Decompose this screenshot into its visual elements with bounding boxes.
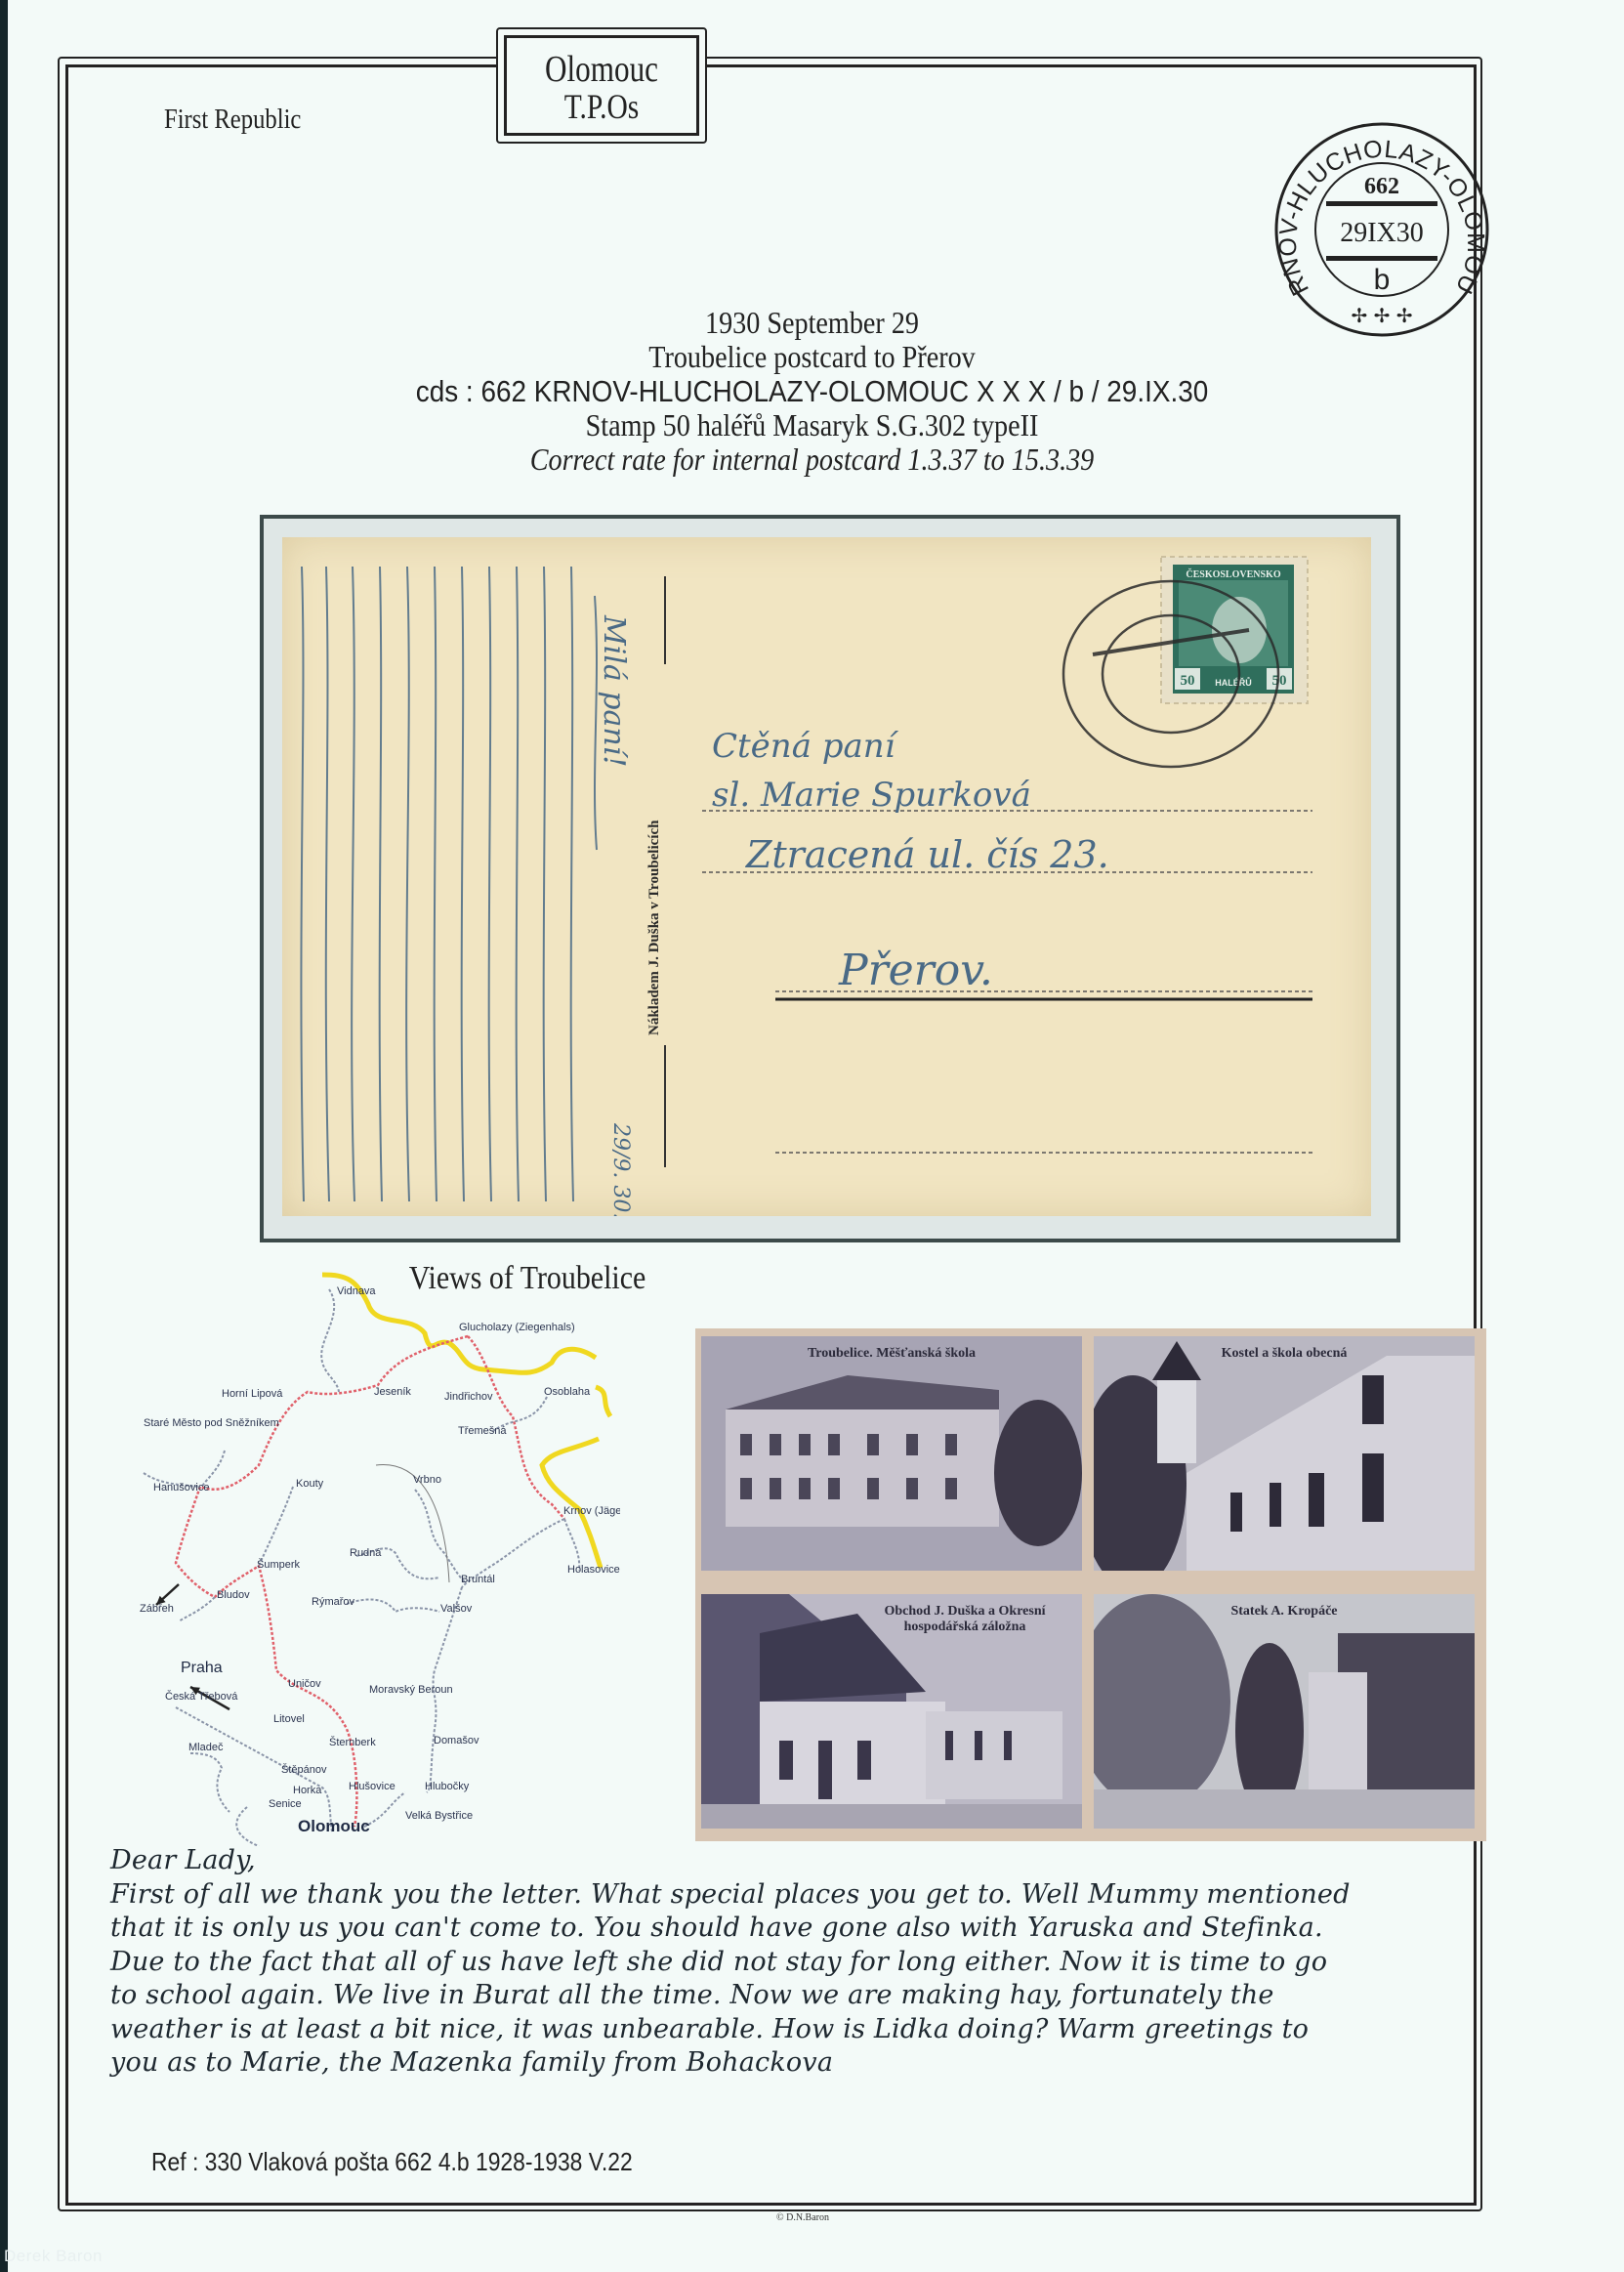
map-label: Štěpánov	[281, 1763, 327, 1776]
map-label: Rýmařov	[312, 1596, 355, 1608]
translation-line: Dear Lady,	[110, 1844, 1546, 1878]
map-label: Mladeč	[188, 1742, 224, 1753]
postcard-date-note: 29/9. 30.	[608, 1122, 633, 1216]
map-label: Šumperk	[257, 1558, 301, 1571]
page-title: Olomouc	[523, 50, 679, 89]
view-panel-4: Statek A. Kropáče	[1094, 1594, 1475, 1829]
map-label: Horní Lipová	[222, 1388, 283, 1400]
period-label: First Republic	[164, 104, 301, 136]
postmark-letter: b	[1374, 264, 1391, 296]
rail-line	[321, 1289, 339, 1392]
map-label: Uničov	[288, 1678, 321, 1690]
copyright: © D.N.Baron	[776, 2212, 829, 2223]
address-line2: sl. Marie Spurková	[712, 776, 1031, 815]
map-label: Vrbno	[413, 1474, 441, 1486]
map-label: Praha	[181, 1660, 223, 1676]
page-subtitle: T.P.Os	[523, 89, 679, 124]
cover-route: Troubelice postcard to Přerov	[98, 340, 1526, 374]
rail-line	[347, 1599, 439, 1612]
watermark: Derek Baron	[4, 2247, 103, 2266]
page-title-box: Olomouc T.P.Os	[496, 27, 707, 144]
rail-line	[415, 1490, 466, 1582]
translation-line: that it is only us you can't come to. Yo…	[110, 1912, 1546, 1946]
translation-text: Dear Lady,First of all we thank you the …	[110, 1844, 1546, 2081]
address-line3: Ztracená ul. čís 23.	[745, 833, 1109, 876]
view-caption-4: Statek A. Kropáče	[1094, 1604, 1475, 1620]
view-panel-1: Troubelice. Měšťanská škola	[701, 1336, 1082, 1571]
map-label: Hlušovice	[349, 1781, 396, 1792]
map-label: Staré Město pod Sněžníkem	[144, 1417, 279, 1429]
stamp-value-left: 50	[1181, 673, 1195, 689]
address-line4: Přerov.	[838, 946, 993, 995]
rail-line	[190, 1753, 229, 1812]
cover-cds: cds : 662 KRNOV-HLUCHOLAZY-OLOMOUC X X X…	[81, 374, 1543, 408]
map-label: Olomouc	[298, 1817, 370, 1835]
map-label: Hlubočky	[425, 1781, 470, 1792]
view-panel-2: Kostel a škola obecná	[1094, 1336, 1475, 1571]
map-label: Zábřeh	[140, 1603, 174, 1615]
view-caption-2: Kostel a škola obecná	[1094, 1346, 1475, 1362]
map-label: Litovel	[273, 1713, 305, 1725]
rail-line	[236, 1807, 259, 1846]
rail-line	[259, 1487, 293, 1566]
map-label: Bludov	[217, 1589, 250, 1601]
stamp-unit: HALÉŘŮ	[1215, 677, 1252, 688]
views-title: Views of Troubelice	[0, 1260, 1455, 1297]
postmark-number: 662	[1364, 174, 1399, 199]
translation-line: Due to the fact that all of us have left…	[110, 1946, 1546, 1980]
rail-line	[179, 1597, 215, 1621]
map-label: Bruntál	[461, 1574, 495, 1585]
views-collage: Troubelice. Měšťanská škola Kostel a ško…	[695, 1328, 1486, 1841]
map-label: Česká Třebová	[165, 1690, 238, 1703]
map-label: Moravský Beroun	[369, 1684, 453, 1696]
map-label: Holasovice	[567, 1564, 620, 1576]
map-label: Hanušovice	[153, 1482, 209, 1494]
address-line1: Ctěná paní	[712, 727, 899, 766]
cover-date: 1930 September 29	[98, 306, 1526, 340]
translation-line: you as to Marie, the Mazenka family from…	[110, 2046, 1546, 2081]
stamp: ČESKOSLOVENSKO 50 50 HALÉŘŮ	[1161, 557, 1308, 703]
translation-line: First of all we thank you the letter. Wh…	[110, 1878, 1546, 1913]
rail-line	[364, 1792, 405, 1827]
cover-description: 1930 September 29 Troubelice postcard to…	[0, 306, 1624, 477]
translation-line: to school again. We live in Burat all th…	[110, 1979, 1546, 2013]
cover-rate: Correct rate for internal postcard 1.3.3…	[98, 442, 1526, 477]
view-caption-1: Troubelice. Měšťanská škola	[701, 1346, 1082, 1362]
map-label: Kouty	[296, 1478, 324, 1490]
postcard: Milá paní! 29/9. 30. Nákladem J. Duška v…	[282, 537, 1371, 1216]
postmark-date: 29IX30	[1340, 218, 1424, 248]
map-label: Senice	[269, 1798, 302, 1810]
postcard-greeting: Milá paní!	[597, 614, 631, 767]
reference-note: Ref : 330 Vlaková pošta 662 4.b 1928-193…	[151, 2147, 633, 2177]
view-panel-3: Obchod J. Duška a Okresní hospodářská zá…	[701, 1594, 1082, 1829]
map-label: Jindřichov	[444, 1391, 493, 1403]
map-label: Šternberk	[329, 1736, 376, 1748]
translation-line: weather is at least a bit nice, it was u…	[110, 2013, 1546, 2047]
postcard-publisher: Nákladem J. Duška v Troubelicích	[646, 820, 662, 1035]
stamp-country: ČESKOSLOVENSKO	[1186, 568, 1280, 580]
map-label: Horka	[293, 1785, 322, 1796]
map-label: Jeseník	[374, 1386, 411, 1398]
map-label: Glucholazy (Ziegenhals)	[459, 1322, 575, 1333]
cover-stamp: Stamp 50 haléřů Masaryk S.G.302 typeII	[98, 408, 1526, 442]
view-caption-3: Obchod J. Duška a Okresní hospodářská zá…	[848, 1604, 1082, 1635]
railway-map: VidnavaGlucholazy (Ziegenhals)Horní Lipo…	[103, 1260, 620, 1846]
map-label: Velká Bystřice	[405, 1810, 473, 1822]
map-label: Třemešná	[458, 1425, 507, 1437]
map-label: Rudná	[350, 1547, 382, 1559]
map-label: Osoblaha	[544, 1386, 591, 1398]
map-label: Domašov	[434, 1735, 479, 1746]
map-label: Valšov	[440, 1603, 473, 1615]
map-label: Krnov (Jägerndorf)	[563, 1505, 620, 1517]
